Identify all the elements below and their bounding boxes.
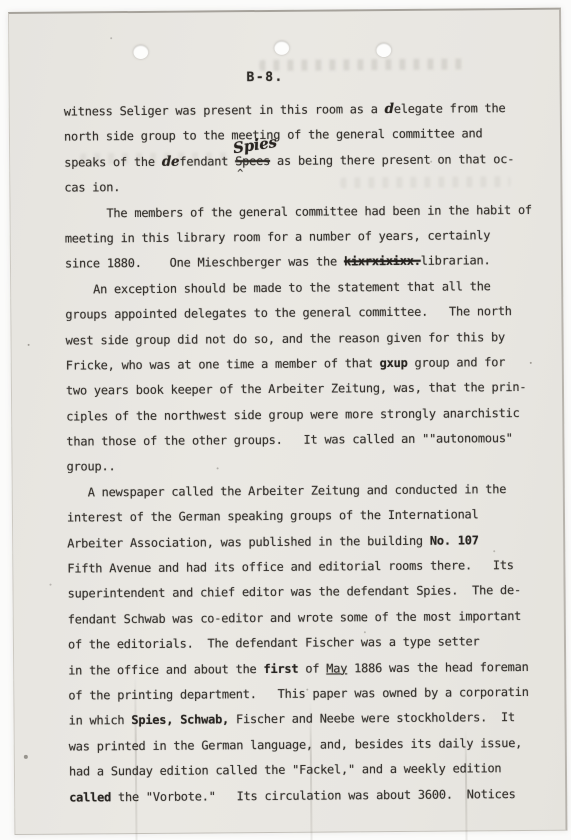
boldstrike-text: kixrxixixx.: [344, 254, 421, 269]
text-line: had a Sunday edition called the "Fackel,…: [69, 756, 549, 785]
scanned-page-background: B-8. witness Seliger was present in this…: [0, 0, 571, 840]
text-line: north side group to the meeting of the g…: [64, 121, 544, 150]
correction-wrap: SpiesSpees^: [235, 149, 270, 175]
typewritten-text: witness Seliger was present in this room…: [64, 102, 385, 119]
bold-text: gxup: [380, 356, 408, 370]
text-line: A newspaper called the Arbeiter Zeitung …: [67, 477, 547, 506]
typewritten-text: librarian.: [421, 254, 491, 269]
typewritten-text: Fischer and Neebe were stockholders. It: [229, 710, 515, 726]
text-line: of the printing department. This paper w…: [68, 680, 548, 709]
text-line: witness Seliger was present in this room…: [64, 96, 544, 125]
typewritten-text: groups appointed delegates to the genera…: [65, 304, 511, 322]
text-line: groups appointed delegates to the genera…: [65, 299, 545, 328]
text-line: Fifth Avenue and had its office and edit…: [67, 553, 547, 582]
typewritten-text: had a Sunday edition called the "Fackel,…: [69, 761, 502, 778]
text-line: Fricke, who was at one time a member of …: [66, 350, 546, 379]
typewritten-text: since 1880. One Mieschberger was the: [65, 255, 344, 271]
text-line: An exception should be made to the state…: [65, 274, 545, 303]
scan-specks: [9, 14, 11, 16]
typewritten-text: fendant Schwab was co-editor and wrote s…: [68, 609, 521, 627]
hand-text: de: [162, 153, 180, 169]
text-line: in the office and about the first of May…: [68, 654, 548, 683]
punch-hole: [133, 45, 148, 59]
text-line: interest of the German speaking groups o…: [67, 502, 547, 531]
typewritten-text: of: [298, 661, 326, 675]
typewritten-text: elegate from the: [394, 101, 506, 116]
bold-text: No. 107: [430, 533, 479, 547]
typewritten-text: Arbeiter Association, was published in t…: [67, 533, 430, 550]
caret-mark: ^: [237, 161, 243, 186]
text-line: The members of the general committee had…: [64, 197, 544, 226]
typewritten-text: in the office and about the: [68, 662, 263, 678]
text-line: Arbeiter Association, was published in t…: [67, 527, 547, 556]
text-line: two years book keeper of the Arbeiter Ze…: [66, 375, 546, 404]
typewritten-text: group..: [67, 460, 116, 474]
document-text: witness Seliger was present in this room…: [64, 96, 550, 811]
typewritten-text: Fricke, who was at one time a member of …: [66, 356, 380, 372]
bold-text: called: [69, 790, 111, 804]
text-line: of the editorials. The defendant Fischer…: [68, 629, 548, 658]
typewritten-text: meeting in this library room for a numbe…: [65, 228, 491, 245]
typewritten-text: in which: [69, 713, 132, 727]
punch-hole: [274, 41, 289, 55]
typewritten-text: two years book keeper of the Arbeiter Ze…: [66, 380, 526, 398]
document-paper: B-8. witness Seliger was present in this…: [8, 8, 567, 835]
typewritten-text: was printed in the German language, and,…: [69, 736, 522, 754]
text-line: fendant Schwab was co-editor and wrote s…: [68, 604, 548, 633]
typewritten-text: fendant: [179, 154, 235, 168]
text-line: speaks of the defendant SpiesSpees^ as b…: [64, 147, 544, 176]
text-line: superintendent and chief editor was the …: [67, 578, 547, 607]
text-line: ciples of the northwest side group were …: [66, 400, 546, 429]
text-line: was printed in the German language, and,…: [69, 731, 549, 760]
typewritten-text: of the editorials. The defendant Fischer…: [68, 635, 480, 652]
text-line: since 1880. One Mieschberger was the kix…: [65, 248, 545, 277]
typewritten-text: west side group did not do so, and the r…: [66, 330, 506, 347]
typewritten-text: the "Vorbote." Its circulation was about…: [111, 787, 516, 804]
hand-text: d: [385, 101, 394, 117]
typewritten-text: speaks of the: [64, 155, 162, 170]
typewritten-text: cas ion.: [64, 180, 120, 194]
text-line: cas ion.: [64, 172, 544, 201]
typewritten-text: of the printing department. This paper w…: [68, 685, 528, 703]
typewritten-text: A newspaper called the Arbeiter Zeitung …: [67, 482, 507, 499]
typewritten-text: group and for: [407, 355, 505, 370]
text-line: in which Spies, Schwab, Fischer and Neeb…: [68, 705, 548, 734]
text-line: than those of the other groups. It was c…: [66, 426, 546, 455]
typewritten-text: 1886 was the head foreman: [347, 660, 528, 675]
text-line: group..: [66, 451, 546, 480]
typewritten-text: An exception should be made to the state…: [65, 279, 491, 296]
text-line: west side group did not do so, and the r…: [65, 324, 545, 353]
typewritten-text: The members of the general committee had…: [65, 202, 532, 220]
text-line: meeting in this library room for a numbe…: [65, 223, 545, 252]
page-number: B-8.: [246, 70, 283, 85]
typewritten-text: interest of the German speaking groups o…: [67, 508, 479, 525]
ink-bleed-smudge: [259, 58, 469, 71]
typewritten-text: ciples of the northwest side group were …: [66, 406, 519, 424]
typewritten-text: Fifth Avenue and had its office and edit…: [67, 558, 513, 576]
typewritten-text: as being there present on that oc-: [270, 152, 514, 168]
typewritten-text: superintendent and chief editor was the …: [68, 583, 521, 601]
bold-text: first: [263, 661, 298, 675]
underline-text: May: [326, 661, 347, 675]
bold-text: Spies, Schwab,: [131, 713, 229, 728]
typewritten-text: than those of the other groups. It was c…: [66, 431, 512, 449]
punch-hole: [376, 43, 391, 57]
text-line: called the "Vorbote." Its circulation wa…: [69, 781, 549, 810]
